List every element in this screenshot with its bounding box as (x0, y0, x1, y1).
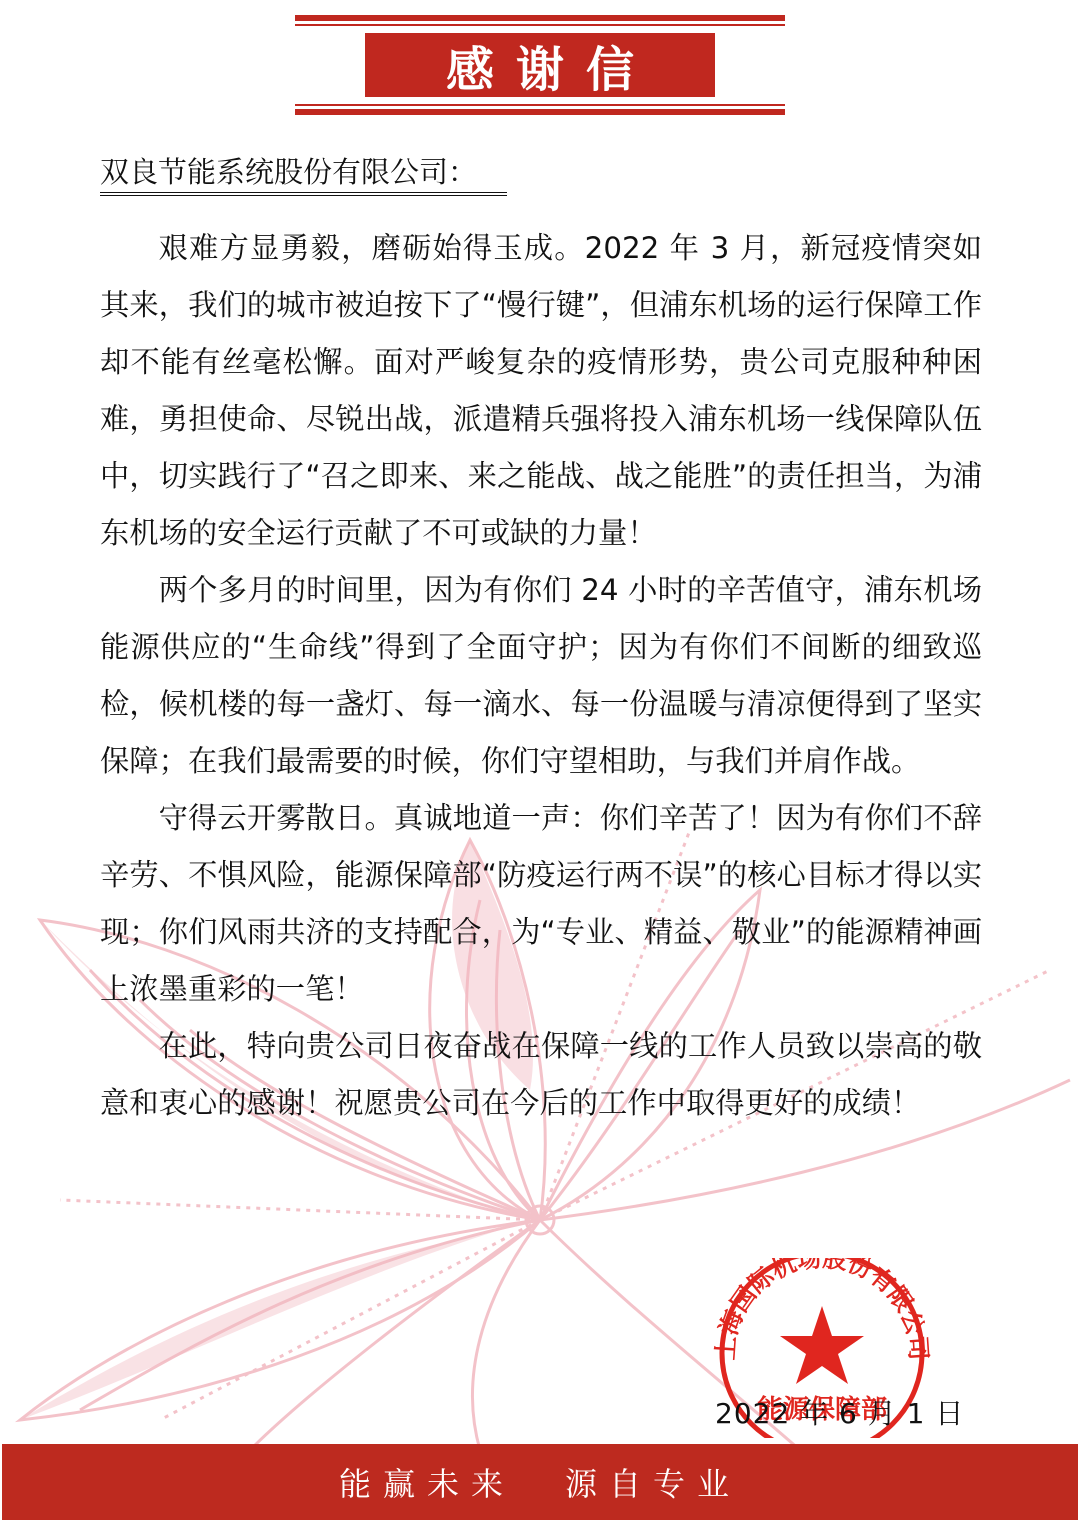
header-rule-top-thin (295, 24, 785, 26)
footer-slogan-band: 能赢未来 源自专业 (2, 1444, 1078, 1520)
header-rule-top-thick (295, 15, 785, 21)
header-rule-bottom-thin (295, 104, 785, 106)
star-icon (780, 1306, 864, 1384)
letter-paragraph: 艰难方显勇毅，磨砺始得玉成。2022 年 3 月，新冠疫情突如其来，我们的城市被… (100, 220, 982, 562)
footer-slogan-right: 源自专业 (565, 1459, 741, 1505)
letter-date: 2022 年 6 月 1 日 (715, 1394, 964, 1434)
letter-paragraph: 在此，特向贵公司日夜奋战在保障一线的工作人员致以崇高的敬意和衷心的感谢！祝愿贵公… (100, 1018, 982, 1132)
letter-body: 艰难方显勇毅，磨砺始得玉成。2022 年 3 月，新冠疫情突如其来，我们的城市被… (100, 220, 982, 1132)
header-rule-bottom-thick (295, 109, 785, 115)
letter-paragraph: 守得云开雾散日。真诚地道一声：你们辛苦了！因为有你们不辞辛劳、不惧风险，能源保障… (100, 790, 982, 1018)
page-title: 感谢信 (365, 33, 715, 97)
letter-paragraph: 两个多月的时间里，因为有你们 24 小时的辛苦值守，浦东机场能源供应的“生命线”… (100, 562, 982, 790)
letter-salutation: 双良节能系统股份有限公司： (100, 152, 507, 196)
footer-slogan-left: 能赢未来 (339, 1459, 515, 1505)
